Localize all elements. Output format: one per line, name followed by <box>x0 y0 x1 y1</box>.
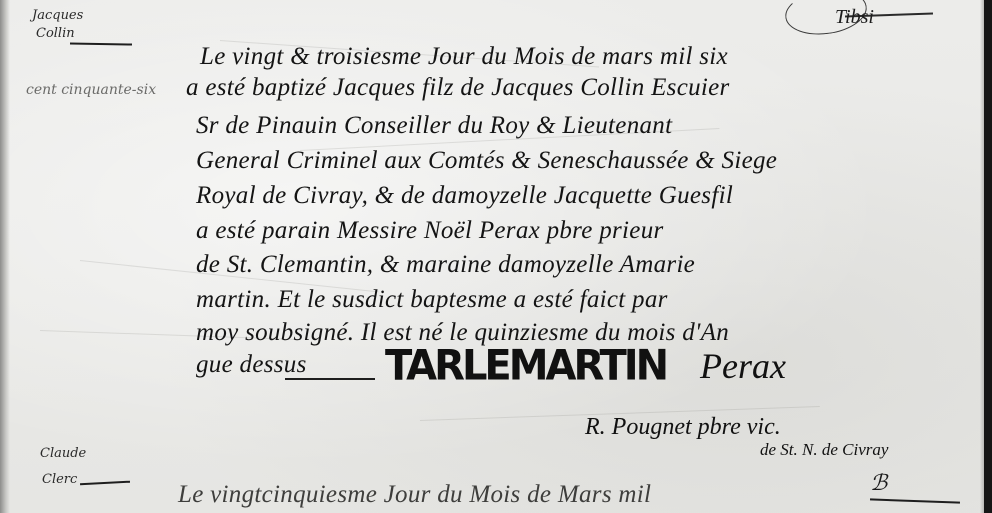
signature-flourish: Perax <box>700 345 786 387</box>
signature-curate: R. Pougnet pbre vic. <box>585 414 781 441</box>
entry-line-6: a esté parain Messire Noël Perax pbre pr… <box>196 216 664 246</box>
entry-line-1: Le vingt & troisiesme Jour du Mois de ma… <box>200 42 728 72</box>
paraph-underline <box>870 498 960 503</box>
entry-line-4: General Criminel aux Comtés & Seneschaus… <box>196 146 777 176</box>
line-end-dash <box>285 378 375 380</box>
margin-name-first-2: Claude <box>40 446 86 462</box>
entry-line-8: martin. Et le susdict baptesme a esté fa… <box>196 285 668 315</box>
entry-2-line-1: Le vingtcinquiesme Jour du Mois de Mars … <box>178 480 651 510</box>
entry-line-7: de St. Clemantin, & maraine damoyzelle A… <box>196 250 695 280</box>
margin-note-faint: cent cinquante-six <box>26 82 156 98</box>
paraph-mark: ℬ <box>870 470 887 496</box>
margin-name-underline <box>70 42 132 45</box>
binding-shadow <box>0 0 10 513</box>
entry-line-5: Royal de Civray, & de damoyzelle Jacquet… <box>196 181 733 211</box>
margin-name-last: Collin <box>36 26 75 42</box>
register-page: Tibsi Jacques Collin cent cinquante-six … <box>0 0 992 513</box>
margin-name-last-2: Clerc <box>42 472 77 488</box>
page-edge-border <box>984 0 992 513</box>
margin-name-underline <box>80 481 130 485</box>
margin-name-first: Jacques <box>32 8 83 24</box>
folio-number: Tibsi <box>835 6 874 29</box>
signature-godparent: TARLEMARTIN <box>385 342 666 390</box>
signature-curate-title: de St. N. de Civray <box>760 440 888 460</box>
entry-line-3: Sr de Pinauin Conseiller du Roy & Lieute… <box>196 111 672 141</box>
entry-line-2: a esté baptizé Jacques filz de Jacques C… <box>186 73 730 103</box>
entry-line-10: gue dessus <box>196 350 307 380</box>
